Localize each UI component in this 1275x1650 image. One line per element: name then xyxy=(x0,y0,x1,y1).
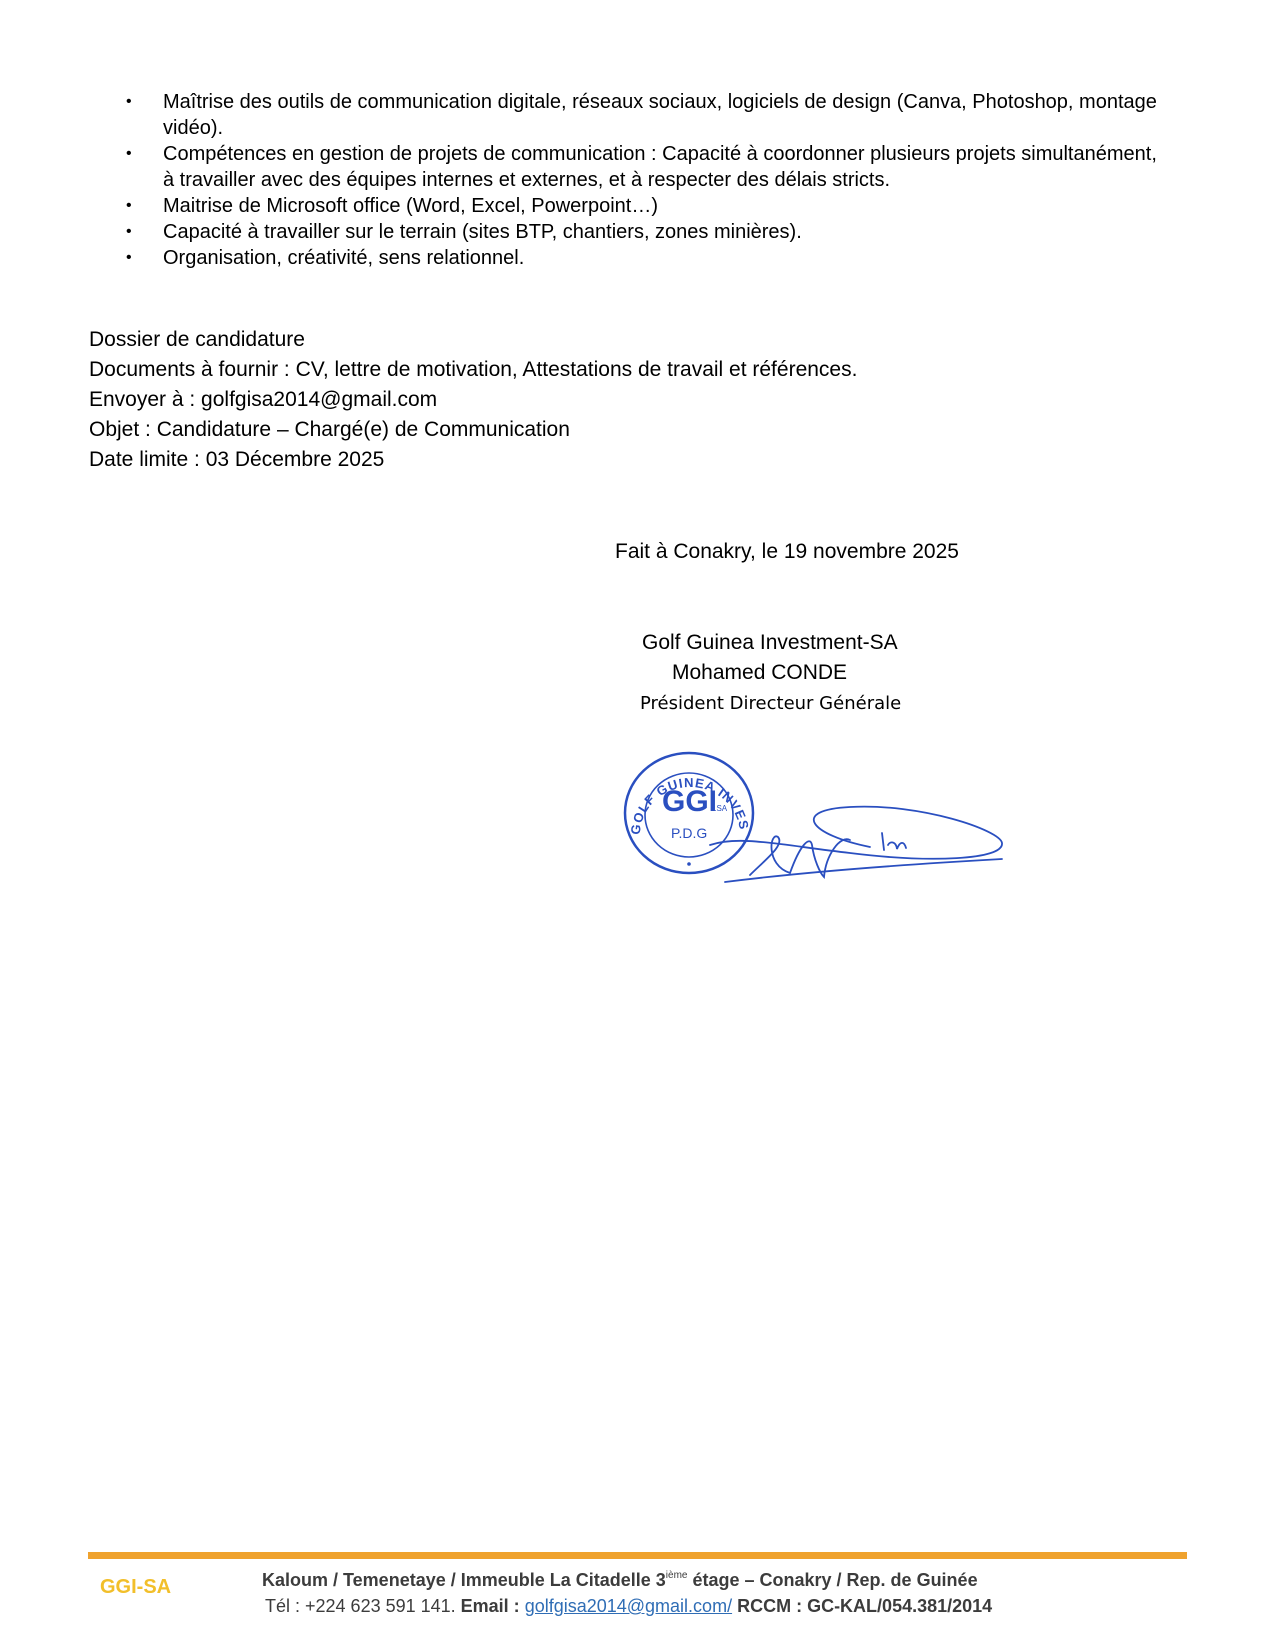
svg-text:P.D.G: P.D.G xyxy=(671,825,707,841)
bullet-icon: • xyxy=(126,193,132,219)
company-name: Golf Guinea Investment-SA xyxy=(642,630,898,656)
bullet-icon: • xyxy=(126,89,132,115)
svg-text:GGI: GGI xyxy=(662,785,717,818)
bullet-icon: • xyxy=(126,141,132,167)
list-item: •Maitrise de Microsoft office (Word, Exc… xyxy=(0,193,1173,219)
footer-divider xyxy=(88,1552,1187,1559)
bullet-icon: • xyxy=(126,245,132,271)
dossier-deadline: Date limite : 03 Décembre 2025 xyxy=(89,445,857,475)
footer-brand: GGI-SA xyxy=(100,1576,171,1599)
list-item: •Capacité à travailler sur le terrain (s… xyxy=(0,219,1173,245)
footer-contact: Tél : +224 623 591 141. Email : golfgisa… xyxy=(265,1596,992,1617)
signatory-title: Président Directeur Générale xyxy=(640,691,901,717)
list-item: •Organisation, créativité, sens relation… xyxy=(0,245,1173,271)
footer-address: Kaloum / Temenetaye / Immeuble La Citade… xyxy=(262,1570,978,1591)
list-item: •Compétences en gestion de projets de co… xyxy=(0,141,1173,193)
signatory-name: Mohamed CONDE xyxy=(672,660,847,686)
application-details: Dossier de candidature Documents à fourn… xyxy=(89,325,857,475)
document-page: •Maîtrise des outils de communication di… xyxy=(0,0,1275,1650)
footer-email-link[interactable]: golfgisa2014@gmail.com/ xyxy=(525,1596,732,1616)
place-date: Fait à Conakry, le 19 novembre 2025 xyxy=(615,539,959,565)
dossier-send-to: Envoyer à : golfgisa2014@gmail.com xyxy=(89,385,857,415)
skills-list: •Maîtrise des outils de communication di… xyxy=(0,89,1275,271)
dossier-subject: Objet : Candidature – Chargé(e) de Commu… xyxy=(89,415,857,445)
stamp-and-signature-icon: GOLF GUINEA INVESTMENT-SA GGI r.SA P.D.G xyxy=(600,735,1020,905)
bullet-icon: • xyxy=(126,219,132,245)
list-item: •Maîtrise des outils de communication di… xyxy=(0,89,1173,141)
dossier-title: Dossier de candidature xyxy=(89,325,857,355)
svg-text:r.SA: r.SA xyxy=(712,804,728,813)
dossier-documents: Documents à fournir : CV, lettre de moti… xyxy=(89,355,857,385)
